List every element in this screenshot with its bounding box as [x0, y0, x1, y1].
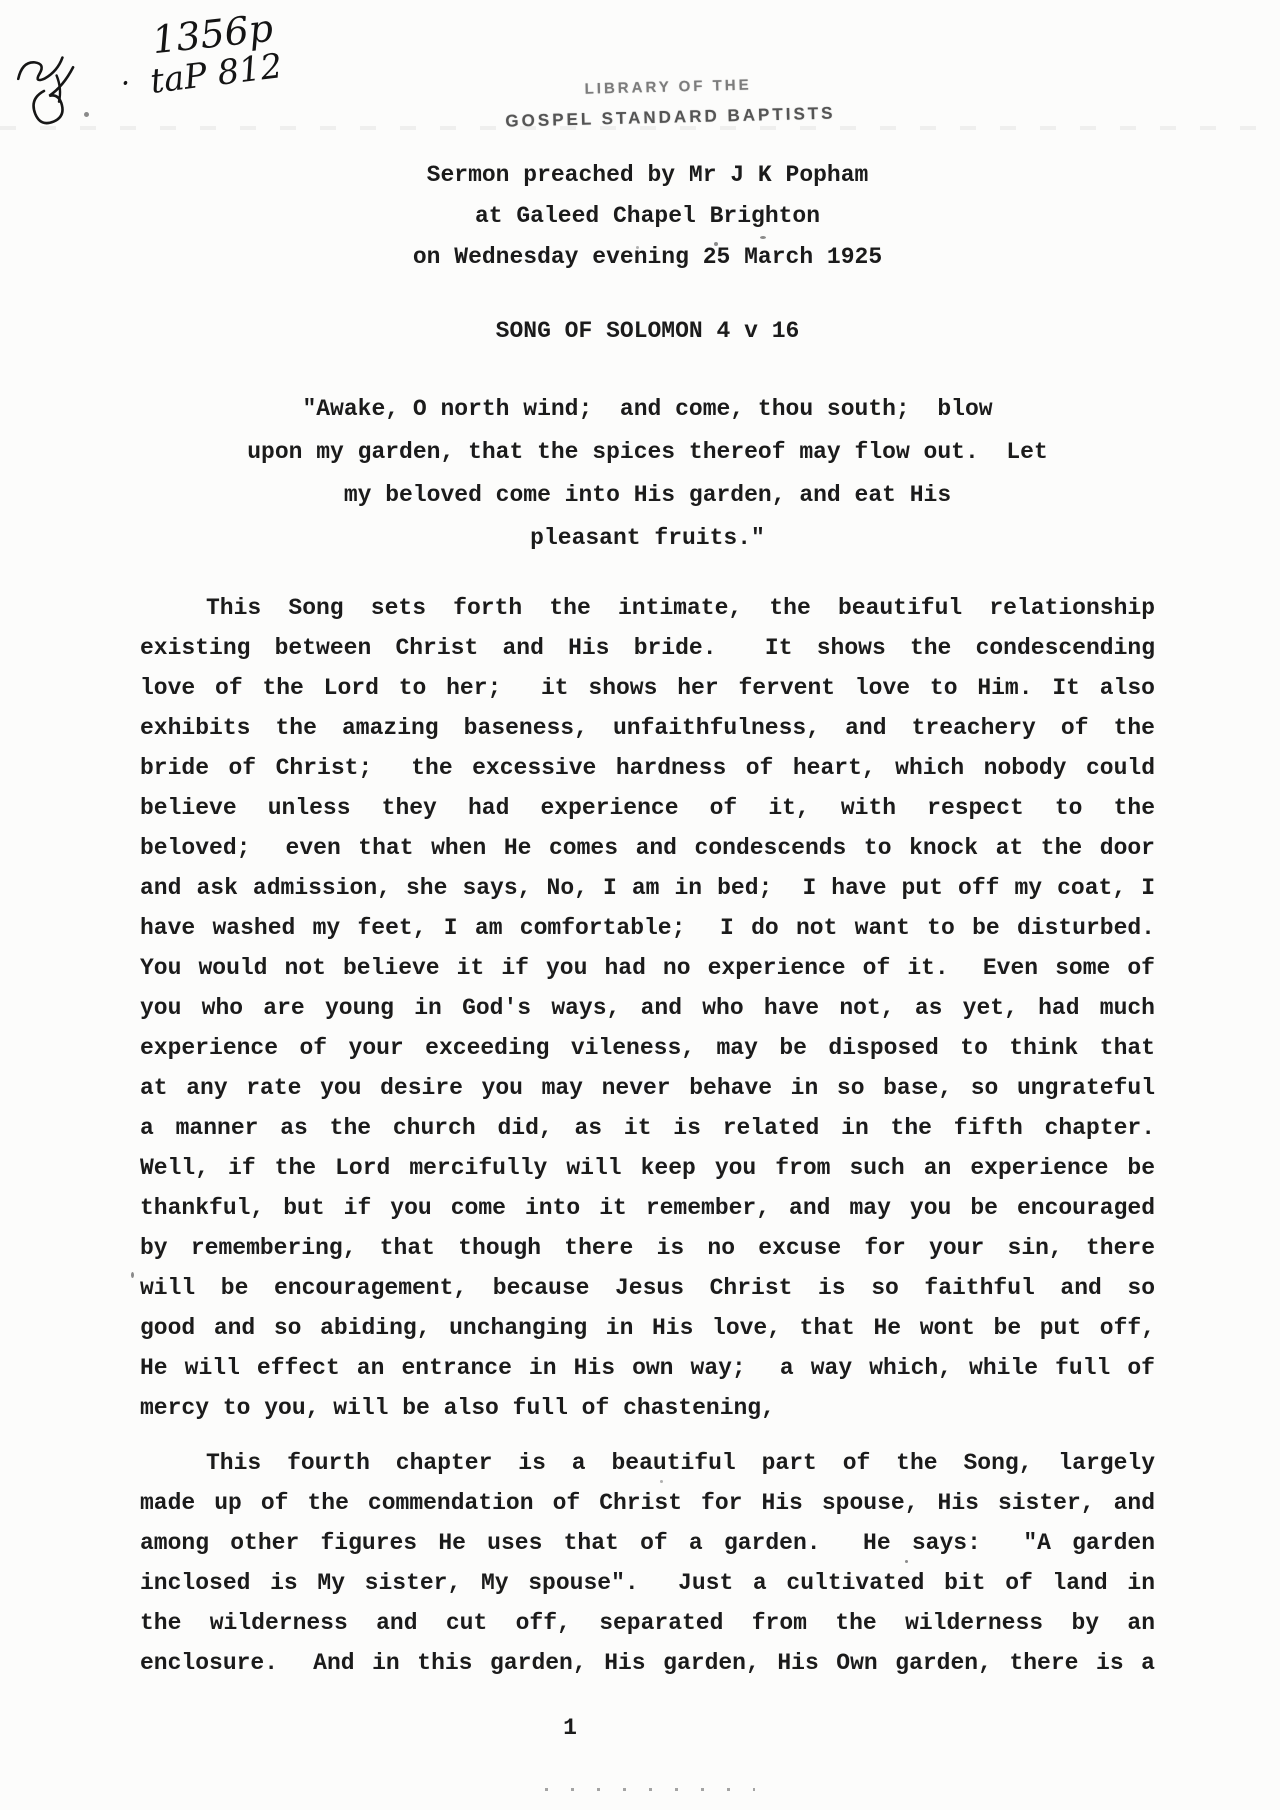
- page-number: 1: [140, 1715, 1000, 1741]
- text-line: a manner as the church did, as it is rel…: [140, 1108, 1155, 1148]
- scan-speck: [760, 236, 766, 239]
- scripture-quote: "Awake, O north wind; and come, thou sou…: [140, 388, 1155, 560]
- stamp-line-2: GOSPEL STANDARD BAPTISTS: [505, 97, 886, 136]
- scan-speck: [714, 242, 718, 246]
- text-line: will be encouragement, because Jesus Chr…: [140, 1268, 1155, 1308]
- scan-speck: [660, 1480, 663, 1483]
- text-line: and ask admission, she says, No, I am in…: [140, 868, 1155, 908]
- sermon-header: Sermon preached by Mr J K Popham at Gale…: [140, 155, 1155, 278]
- text-line: beloved; even that when He comes and con…: [140, 828, 1155, 868]
- scanned-sermon-page: 1356p . taP 812 LIBRARY OF THE GOSPEL ST…: [0, 0, 1280, 1810]
- text-line: Well, if the Lord mercifully will keep y…: [140, 1148, 1155, 1188]
- text-line: believe unless they had experience of it…: [140, 788, 1155, 828]
- text-line: by remembering, that though there is no …: [140, 1228, 1155, 1268]
- body-paragraph-1: This Song sets forth the intimate, the b…: [140, 588, 1155, 1428]
- header-place-line: at Galeed Chapel Brighton: [140, 196, 1155, 237]
- text-line: exhibits the amazing baseness, unfaithfu…: [140, 708, 1155, 748]
- text-line: "Awake, O north wind; and come, thou sou…: [140, 388, 1155, 431]
- text-line: mercy to you, will be also full of chast…: [140, 1388, 1155, 1428]
- text-line: the wilderness and cut off, separated fr…: [140, 1603, 1155, 1643]
- text-line: made up of the commendation of Christ fo…: [140, 1483, 1155, 1523]
- text-line: He will effect an entrance in His own wa…: [140, 1348, 1155, 1388]
- text-line: at any rate you desire you may never beh…: [140, 1068, 1155, 1108]
- text-line: thankful, but if you come into it rememb…: [140, 1188, 1155, 1228]
- text-line: existing between Christ and His bride. I…: [140, 628, 1155, 668]
- text-line: bride of Christ; the excessive hardness …: [140, 748, 1155, 788]
- text-line: This fourth chapter is a beautiful part …: [140, 1443, 1155, 1483]
- scan-speck: [84, 112, 89, 117]
- scan-speck: [905, 1560, 908, 1563]
- text-line: my beloved come into His garden, and eat…: [140, 474, 1155, 517]
- text-line: This Song sets forth the intimate, the b…: [140, 588, 1155, 628]
- text-line: inclosed is My sister, My spouse". Just …: [140, 1563, 1155, 1603]
- text-line: you who are young in God's ways, and who…: [140, 988, 1155, 1028]
- text-line: love of the Lord to her; it shows her fe…: [140, 668, 1155, 708]
- header-date-line: on Wednesday evening 25 March 1925: [140, 237, 1155, 278]
- header-preacher-line: Sermon preached by Mr J K Popham: [140, 155, 1155, 196]
- text-line: have washed my feet, I am comfortable; I…: [140, 908, 1155, 948]
- scripture-title: SONG OF SOLOMON 4 v 16: [140, 311, 1155, 352]
- scan-artifact-dot-row: [545, 1788, 755, 1791]
- text-line: experience of your exceeding vileness, m…: [140, 1028, 1155, 1068]
- body-paragraph-2: This fourth chapter is a beautiful part …: [140, 1443, 1155, 1683]
- text-line: upon my garden, that the spices thereof …: [140, 431, 1155, 474]
- text-line: good and so abiding, unchanging in His l…: [140, 1308, 1155, 1348]
- scan-speck: [131, 1272, 134, 1278]
- text-line: among other figures He uses that of a ga…: [140, 1523, 1155, 1563]
- text-line: enclosure. And in this garden, His garde…: [140, 1643, 1155, 1683]
- text-line: pleasant fruits.": [140, 517, 1155, 560]
- scan-speck: [636, 246, 639, 249]
- text-line: You would not believe it if you had no e…: [140, 948, 1155, 988]
- scan-artifact-dash-row: [0, 126, 1280, 130]
